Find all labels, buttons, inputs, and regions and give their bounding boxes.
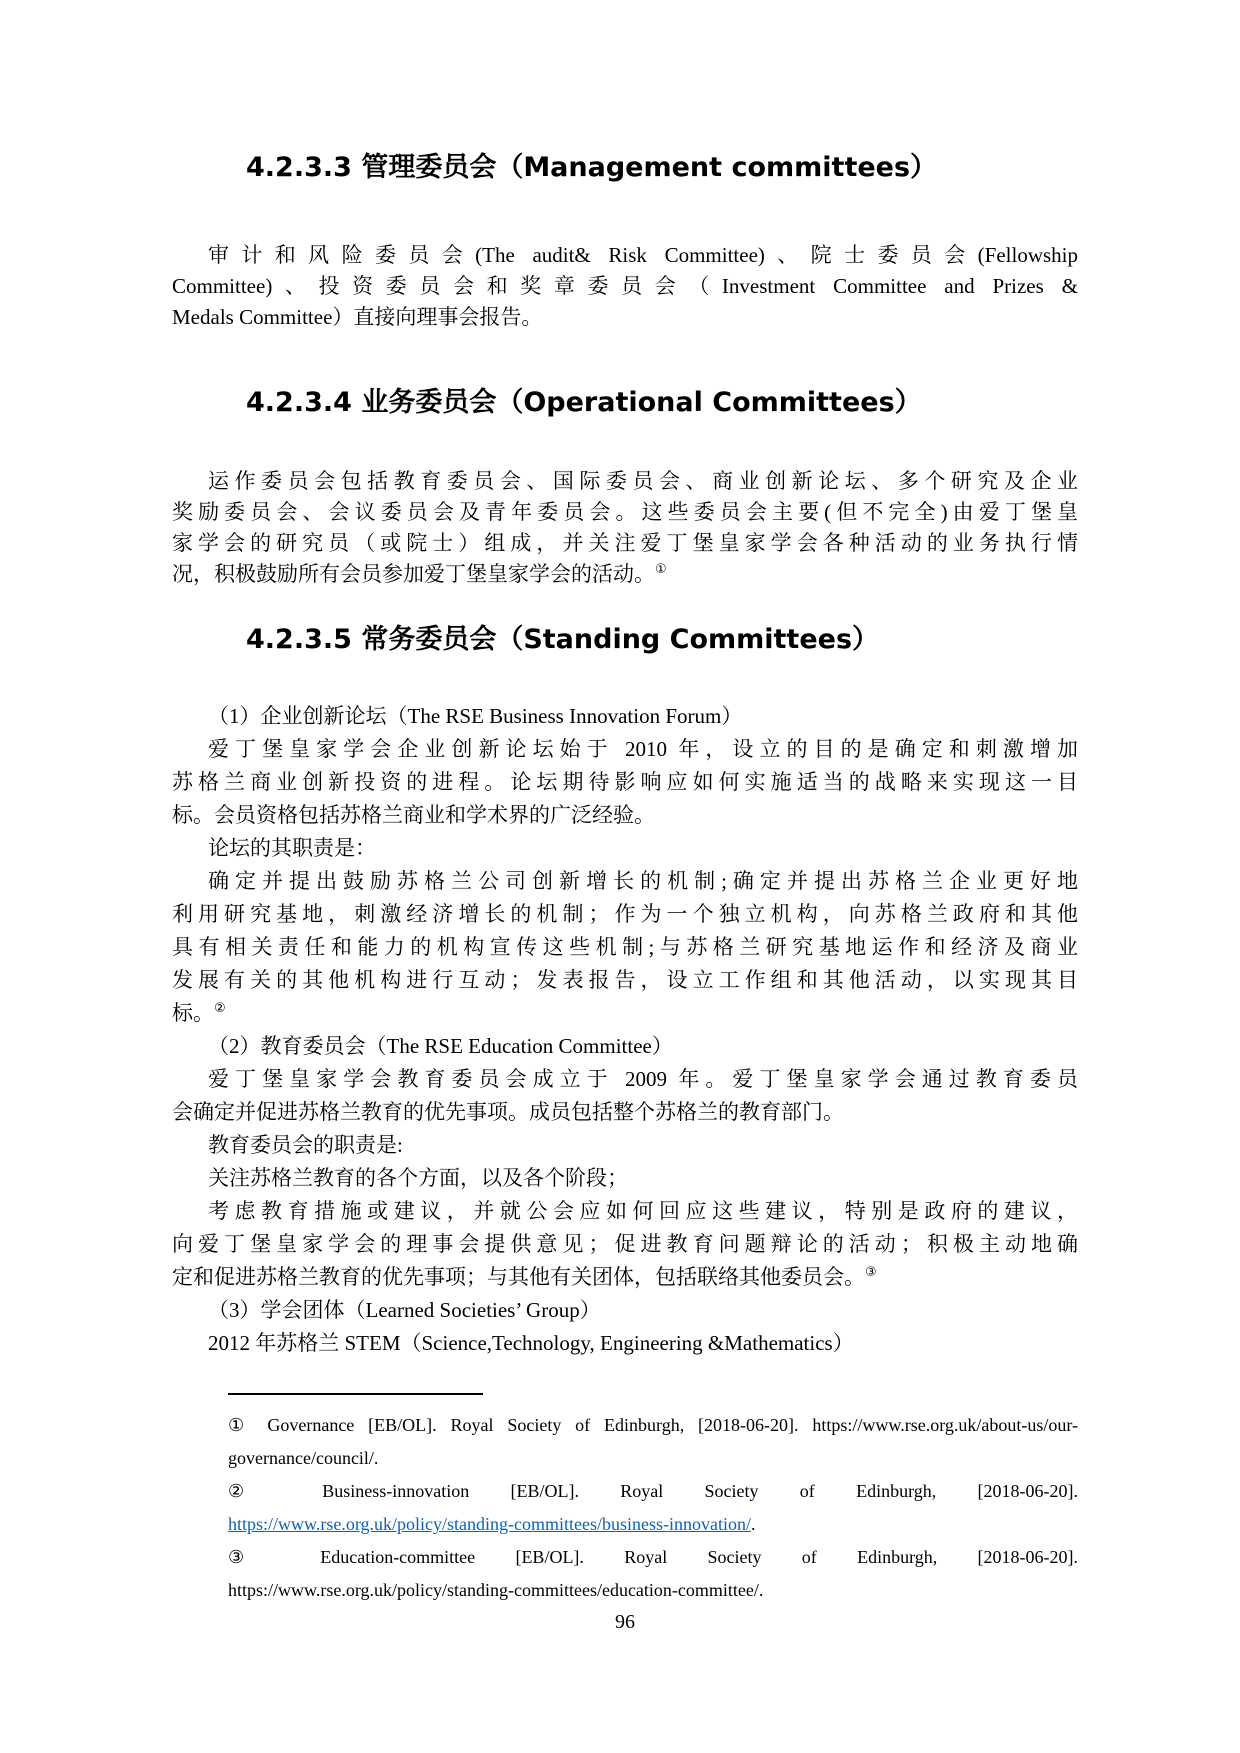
footnote-url-link[interactable]: https://www.rse.org.uk/policy/standing-c… [228,1514,751,1534]
section-heading-4234: 4.2.3.4 业务委员会（Operational Committees） [246,383,1078,423]
footnote-line: ① Governance [EB/OL]. Royal Society of E… [228,1409,1078,1442]
section-heading-4233: 4.2.3.3 管理委员会（Management committees） [246,148,1078,188]
body-line-text: 教育委员会的职责是: [208,1133,403,1157]
body-line: 会确定并促进苏格兰教育的优先事项。成员包括整个苏格兰的教育部门。 [172,1096,1078,1129]
footnote-text: ③ Education-committee [EB/OL]. Royal Soc… [228,1547,1078,1567]
body-line-text: 关注苏格兰教育的各个方面，以及各个阶段； [208,1166,628,1190]
footnotes: ① Governance [EB/OL]. Royal Society of E… [228,1409,1078,1607]
body-line-text: （2）教育委员会（The RSE Education Committee） [208,1034,673,1058]
body-line-text: 利用研究基地，刺激经济增长的机制；作为一个独立机构，向苏格兰政府和其他 [172,902,1078,926]
body-line-text: 审计和风险委员会(The audit& Risk Committee)、院士委员… [208,243,1078,267]
body-line-text: 家学会的研究员（或院士）组成，并关注爱丁堡皇家学会各种活动的业务执行情 [172,531,1078,555]
body-line: 标。② [172,997,1078,1030]
body-line-text: 2012 年苏格兰 STEM（Science,Technology, Engin… [208,1331,854,1355]
body-line-text: 况，积极鼓励所有会员参加爱丁堡皇家学会的活动。 [172,562,655,586]
body-line: 利用研究基地，刺激经济增长的机制；作为一个独立机构，向苏格兰政府和其他 [172,898,1078,931]
body-line-text: 苏格兰商业创新投资的进程。论坛期待影响应如何实施适当的战略来实现这一目 [172,770,1078,794]
footnote-line: governance/council/. [228,1442,1078,1475]
body-line: 考虑教育措施或建议，并就公会应如何回应这些建议，特别是政府的建议， [172,1195,1078,1228]
body-line: Committee)、投资委员会和奖章委员会（Investment Commit… [172,271,1078,302]
page-number: 96 [172,1609,1078,1635]
body-line: 定和促进苏格兰教育的优先事项；与其他有关团体，包括联络其他委员会。③ [172,1261,1078,1294]
paragraph-standing-committees: （1）企业创新论坛（The RSE Business Innovation Fo… [172,700,1078,1360]
body-line: 运作委员会包括教育委员会、国际委员会、商业创新论坛、多个研究及企业 [172,466,1078,497]
body-line: 论坛的其职责是： [172,832,1078,865]
footnote-text: governance/council/. [228,1448,378,1468]
body-line-text: 会确定并促进苏格兰教育的优先事项。成员包括整个苏格兰的教育部门。 [172,1100,844,1124]
footnote-suffix: . [751,1514,756,1534]
body-line: 具有相关责任和能力的机构宣传这些机制;与苏格兰研究基地运作和经济及商业 [172,931,1078,964]
footnote-text: https://www.rse.org.uk/policy/standing-c… [228,1580,763,1600]
paragraph-management-committees: 审计和风险委员会(The audit& Risk Committee)、院士委员… [172,240,1078,333]
body-line: 2012 年苏格兰 STEM（Science,Technology, Engin… [172,1327,1078,1360]
page-content: 4.2.3.3 管理委员会（Management committees） 审计和… [172,0,1078,1635]
body-line-text: 爱丁堡皇家学会企业创新论坛始于 2010 年，设立的目的是确定和刺激增加 [208,737,1078,761]
body-line: Medals Committee）直接向理事会报告。 [172,302,1078,333]
body-line: 家学会的研究员（或院士）组成，并关注爱丁堡皇家学会各种活动的业务执行情 [172,528,1078,559]
body-line: （2）教育委员会（The RSE Education Committee） [172,1030,1078,1063]
body-line-text: 论坛的其职责是： [208,836,376,860]
footnote-line: ② Business-innovation [EB/OL]. Royal Soc… [228,1475,1078,1508]
footnote-ref: ③ [865,1265,877,1280]
body-line-text: 向爱丁堡皇家学会的理事会提供意见；促进教育问题辩论的活动；积极主动地确 [172,1232,1078,1256]
body-line-text: Medals Committee）直接向理事会报告。 [172,305,542,329]
body-line-text: 奖励委员会、会议委员会及青年委员会。这些委员会主要(但不完全)由爱丁堡皇 [172,500,1078,524]
body-line-text: 发展有关的其他机构进行互动；发表报告，设立工作组和其他活动，以实现其目 [172,968,1078,992]
body-line: 教育委员会的职责是: [172,1129,1078,1162]
body-line: 标。会员资格包括苏格兰商业和学术界的广泛经验。 [172,799,1078,832]
body-line-text: 爱丁堡皇家学会教育委员会成立于 2009 年。爱丁堡皇家学会通过教育委员 [208,1067,1078,1091]
footnote-text: ① Governance [EB/OL]. Royal Society of E… [228,1415,1078,1435]
body-line: （3）学会团体（Learned Societies’ Group） [172,1294,1078,1327]
body-line: 奖励委员会、会议委员会及青年委员会。这些委员会主要(但不完全)由爱丁堡皇 [172,497,1078,528]
footnote-ref: ② [214,1001,226,1016]
body-line-text: 确定并提出鼓励苏格兰公司创新增长的机制;确定并提出苏格兰企业更好地 [208,869,1078,893]
body-line: 关注苏格兰教育的各个方面，以及各个阶段； [172,1162,1078,1195]
footnote-ref: ① [655,562,667,577]
footnote-text: ② Business-innovation [EB/OL]. Royal Soc… [228,1481,1078,1501]
body-line-text: 运作委员会包括教育委员会、国际委员会、商业创新论坛、多个研究及企业 [208,469,1078,493]
footnote-line: https://www.rse.org.uk/policy/standing-c… [228,1574,1078,1607]
body-line: 苏格兰商业创新投资的进程。论坛期待影响应如何实施适当的战略来实现这一目 [172,766,1078,799]
body-line: 向爱丁堡皇家学会的理事会提供意见；促进教育问题辩论的活动；积极主动地确 [172,1228,1078,1261]
body-line: 确定并提出鼓励苏格兰公司创新增长的机制;确定并提出苏格兰企业更好地 [172,865,1078,898]
body-line: 发展有关的其他机构进行互动；发表报告，设立工作组和其他活动，以实现其目 [172,964,1078,997]
body-line-text: 考虑教育措施或建议，并就公会应如何回应这些建议，特别是政府的建议， [208,1199,1078,1223]
body-line-text: 标。 [172,1001,214,1025]
body-line: 审计和风险委员会(The audit& Risk Committee)、院士委员… [172,240,1078,271]
body-line-text: （1）企业创新论坛（The RSE Business Innovation Fo… [208,704,742,728]
body-line: 况，积极鼓励所有会员参加爱丁堡皇家学会的活动。① [172,559,1078,590]
body-line: 爱丁堡皇家学会企业创新论坛始于 2010 年，设立的目的是确定和刺激增加 [172,733,1078,766]
paragraph-operational-committees: 运作委员会包括教育委员会、国际委员会、商业创新论坛、多个研究及企业奖励委员会、会… [172,466,1078,590]
body-line: 爱丁堡皇家学会教育委员会成立于 2009 年。爱丁堡皇家学会通过教育委员 [172,1063,1078,1096]
body-line-text: 标。会员资格包括苏格兰商业和学术界的广泛经验。 [172,803,655,827]
body-line-text: Committee)、投资委员会和奖章委员会（Investment Commit… [172,274,1078,298]
body-line-text: 具有相关责任和能力的机构宣传这些机制;与苏格兰研究基地运作和经济及商业 [172,935,1078,959]
footnote-line: ③ Education-committee [EB/OL]. Royal Soc… [228,1541,1078,1574]
body-line-text: （3）学会团体（Learned Societies’ Group） [208,1298,601,1322]
document-page: 4.2.3.3 管理委员会（Management committees） 审计和… [0,0,1240,1753]
footnote-separator [228,1393,483,1395]
footnote-line: https://www.rse.org.uk/policy/standing-c… [228,1508,1078,1541]
section-heading-4235: 4.2.3.5 常务委员会（Standing Committees） [246,620,1078,660]
body-line-text: 定和促进苏格兰教育的优先事项；与其他有关团体，包括联络其他委员会。 [172,1265,865,1289]
body-line: （1）企业创新论坛（The RSE Business Innovation Fo… [172,700,1078,733]
